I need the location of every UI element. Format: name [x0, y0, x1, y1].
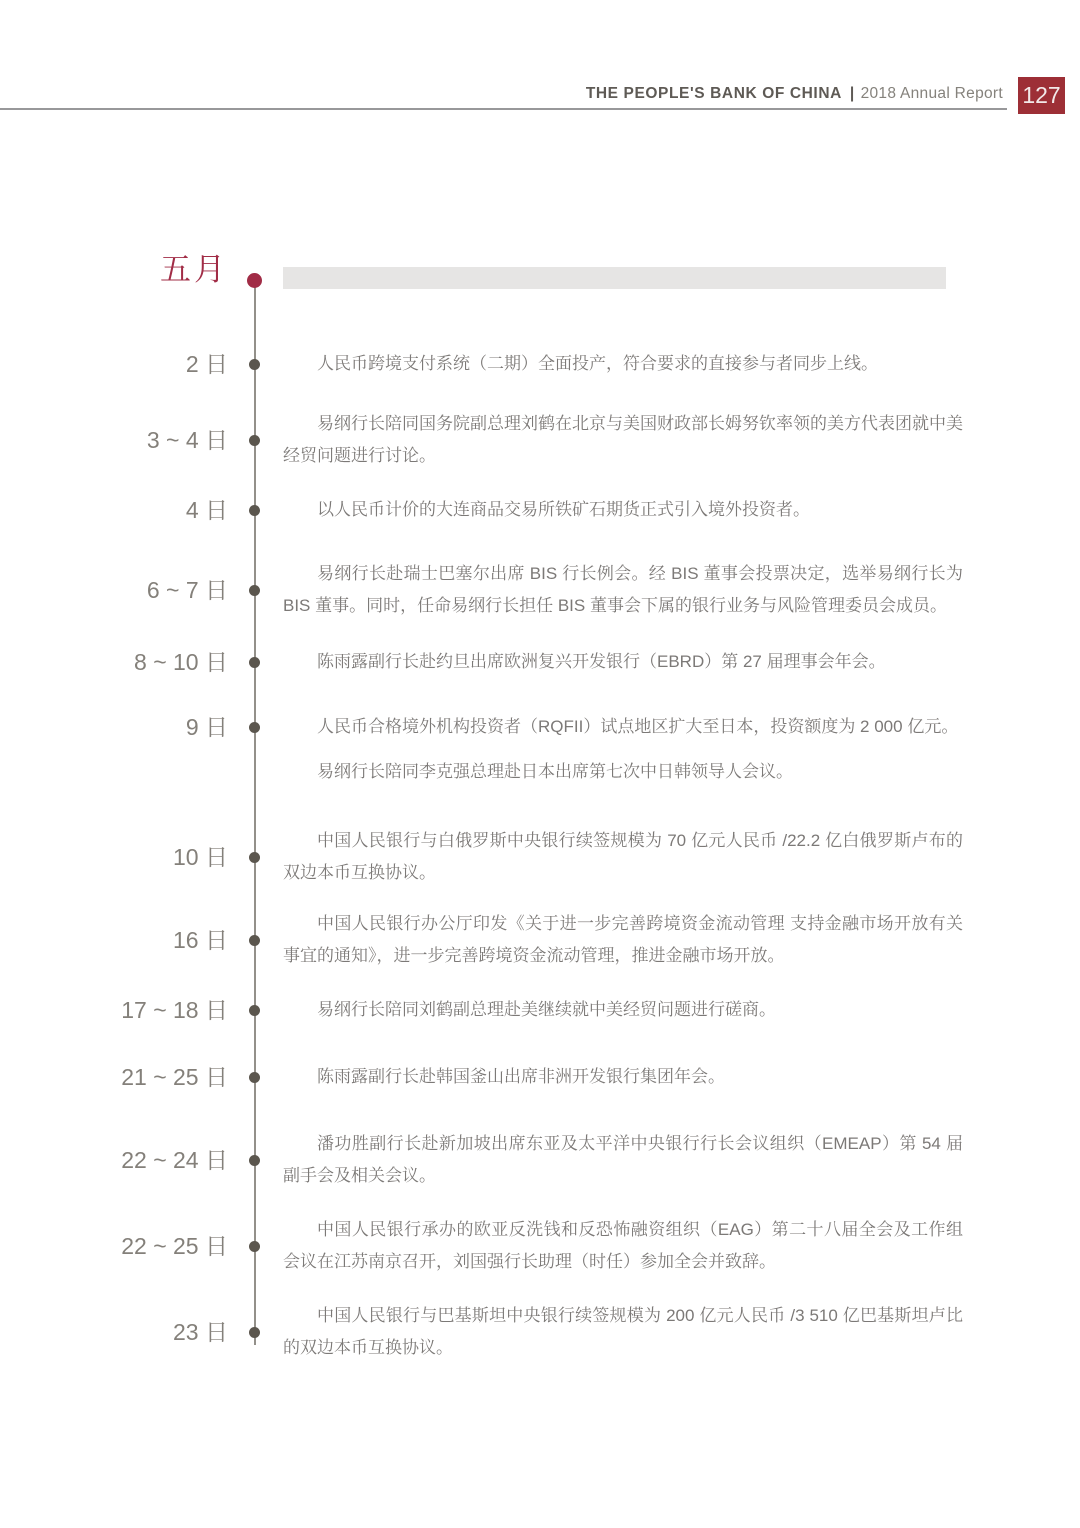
timeline-dot-icon [249, 435, 260, 446]
entry-date: 2 日 [0, 348, 228, 380]
entry-text: 陈雨露副行长赴韩国釜山出席非洲开发银行集团年会。 [283, 1061, 963, 1093]
month-title: 五月 [0, 250, 228, 290]
header-report-title: 2018 Annual Report [861, 85, 1003, 102]
entry-date: 17 ~ 18 日 [0, 994, 228, 1026]
timeline-dot-icon [249, 722, 260, 733]
entry-date: 6 ~ 7 日 [0, 574, 228, 606]
timeline-dot-icon [249, 1072, 260, 1083]
entry-date: 10 日 [0, 841, 228, 873]
entry-text: 易纲行长陪同国务院副总理刘鹤在北京与美国财政部长姆努钦率领的美方代表团就中美经贸… [283, 408, 963, 472]
entry-text: 中国人民银行承办的欧亚反洗钱和反恐怖融资组织（EAG）第二十八届全会及工作组会议… [283, 1214, 963, 1278]
entry-date: 22 ~ 25 日 [0, 1230, 228, 1262]
entry-text: 以人民币计价的大连商品交易所铁矿石期货正式引入境外投资者。 [283, 494, 963, 526]
timeline-dot-icon [249, 1155, 260, 1166]
entry-text: 易纲行长陪同刘鹤副总理赴美继续就中美经贸问题进行磋商。 [283, 994, 963, 1026]
entry-date: 16 日 [0, 924, 228, 956]
entry-date: 23 日 [0, 1316, 228, 1348]
entry-text: 陈雨露副行长赴约旦出席欧洲复兴开发银行（EBRD）第 27 届理事会年会。 [283, 646, 963, 678]
entry-text: 易纲行长陪同李克强总理赴日本出席第七次中日韩领导人会议。 [283, 756, 963, 788]
month-header-band [283, 267, 946, 289]
report-page: THE PEOPLE'S BANK OF CHINA|2018 Annual R… [0, 0, 1080, 1528]
entry-text: 易纲行长赴瑞士巴塞尔出席 BIS 行长例会。经 BIS 董事会投票决定，选举易纲… [283, 558, 963, 622]
entry-text: 人民币合格境外机构投资者（RQFII）试点地区扩大至日本，投资额度为 2 000… [283, 711, 963, 743]
header-org-name: THE PEOPLE'S BANK OF CHINA [586, 85, 842, 102]
timeline-dot-icon [249, 657, 260, 668]
timeline-dot-icon [249, 505, 260, 516]
entry-text: 人民币跨境支付系统（二期）全面投产，符合要求的直接参与者同步上线。 [283, 348, 963, 380]
timeline-dot-icon [249, 359, 260, 370]
entry-date: 3 ~ 4 日 [0, 424, 228, 456]
header-divider-line [0, 108, 1007, 110]
page-header: THE PEOPLE'S BANK OF CHINA|2018 Annual R… [586, 84, 1003, 104]
timeline-dot-icon [249, 935, 260, 946]
timeline-dot-icon [249, 1005, 260, 1016]
month-dot-icon [247, 273, 262, 288]
timeline-dot-icon [249, 852, 260, 863]
entry-date: 4 日 [0, 494, 228, 526]
entry-text: 中国人民银行与白俄罗斯中央银行续签规模为 70 亿元人民币 /22.2 亿白俄罗… [283, 825, 963, 889]
entry-date: 21 ~ 25 日 [0, 1061, 228, 1093]
entry-date: 8 ~ 10 日 [0, 646, 228, 678]
timeline-dot-icon [249, 585, 260, 596]
entry-date: 9 日 [0, 711, 228, 743]
timeline-dot-icon [249, 1327, 260, 1338]
entry-text: 中国人民银行办公厅印发《关于进一步完善跨境资金流动管理 支持金融市场开放有关事宜… [283, 908, 963, 972]
page-number-badge: 127 [1018, 77, 1065, 114]
entry-text: 中国人民银行与巴基斯坦中央银行续签规模为 200 亿元人民币 /3 510 亿巴… [283, 1300, 963, 1364]
entry-date: 22 ~ 24 日 [0, 1144, 228, 1176]
timeline-dot-icon [249, 1241, 260, 1252]
entry-text: 潘功胜副行长赴新加坡出席东亚及太平洋中央银行行长会议组织（EMEAP）第 54 … [283, 1128, 963, 1192]
header-separator: | [850, 85, 855, 102]
